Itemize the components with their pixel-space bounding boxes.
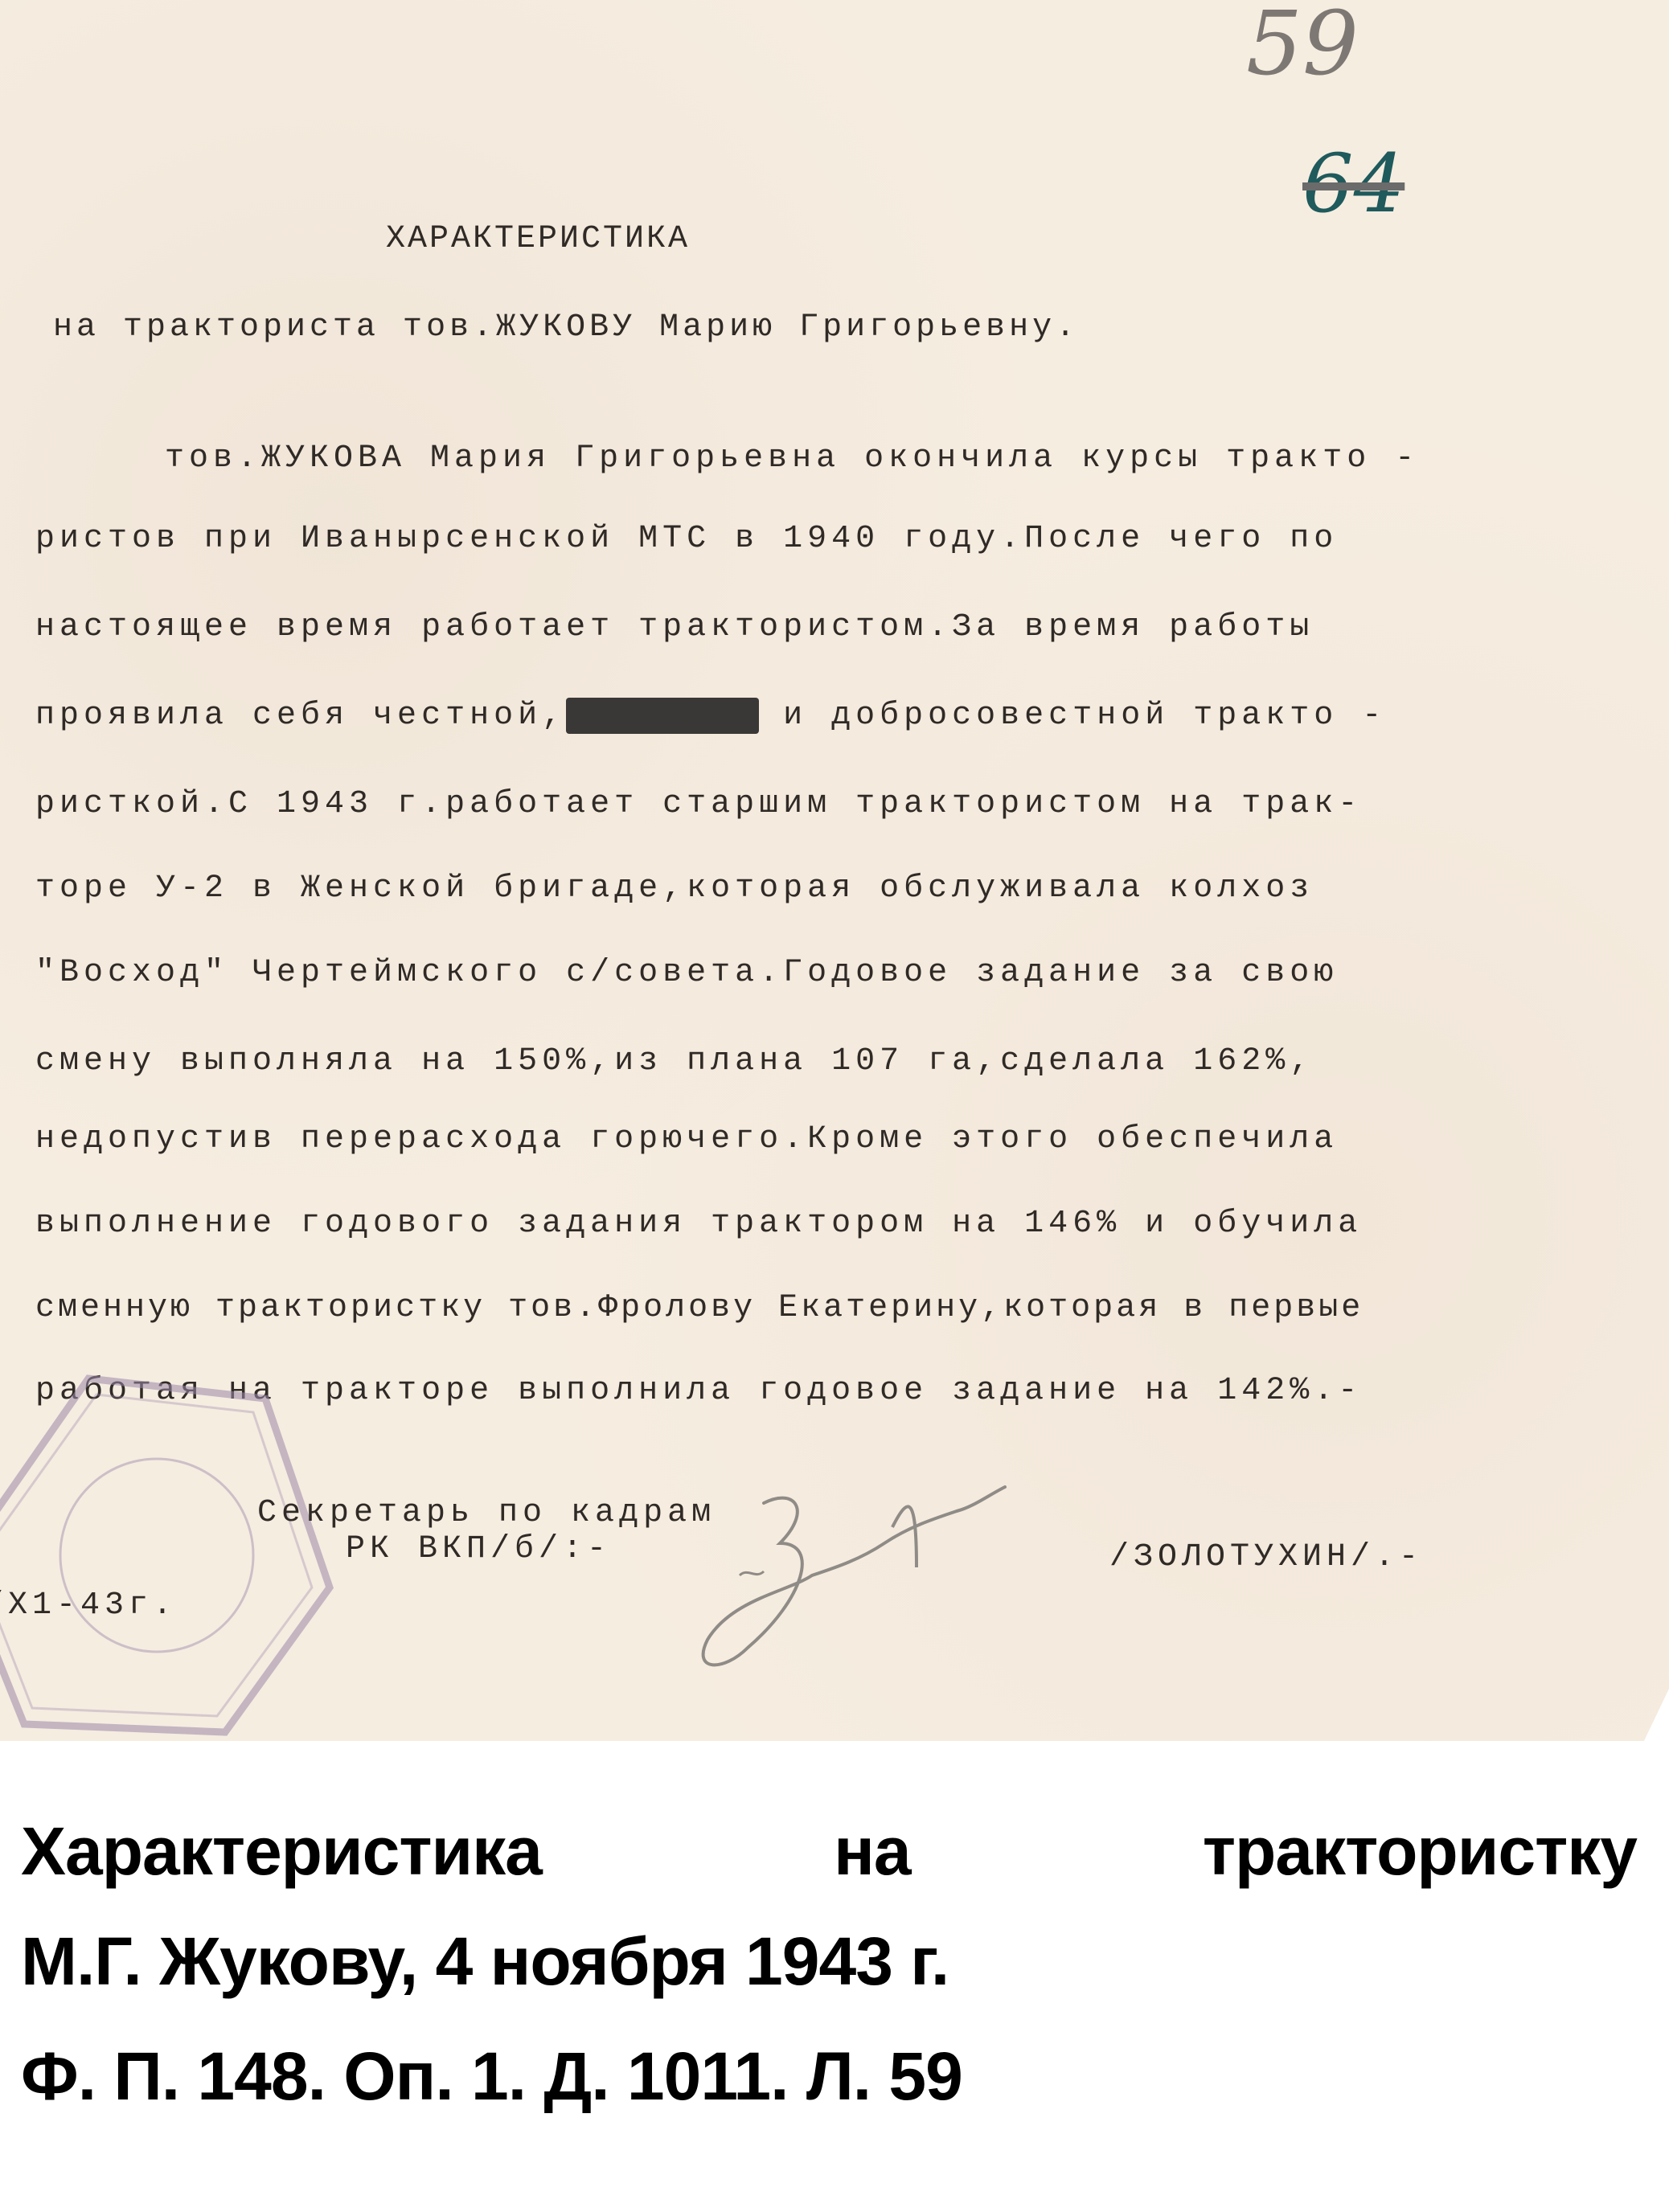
document-title: ХАРАКТЕРИСТИКА — [386, 221, 690, 257]
body-line-11: сменную трактористку тов.Фролову Екатери… — [35, 1290, 1363, 1326]
body-line-9: недопустив перерасхода горючего.Кроме эт… — [35, 1121, 1338, 1157]
caption-line-2: М.Г. Жукову, 4 ноября 1943 г. — [21, 1923, 949, 2001]
body-line-8: смену выполняла на 150%,из плана 107 га,… — [35, 1043, 1314, 1079]
signature-position-line-1: Секретарь по кадрам — [257, 1495, 716, 1531]
handwritten-signature-icon — [675, 1479, 1126, 1704]
signatory-name: /ЗОЛОТУХИН/.- — [1109, 1539, 1423, 1575]
body-line-2: ристов при Иванырсенской МТС в 1940 году… — [35, 521, 1338, 557]
body-line-6: торе У-2 в Женской бригаде,которая обслу… — [35, 870, 1314, 907]
body-line-4: проявила себя честной,активной и добросо… — [35, 698, 1386, 734]
body-line-3: настоящее время работает трактористом.За… — [35, 609, 1314, 645]
caption-archive-reference: Ф. П. 148. Оп. 1. Д. 1011. Л. 59 — [21, 2038, 962, 2116]
caption-word-2: на — [834, 1813, 910, 1890]
caption-word-3: трактористку — [1203, 1813, 1637, 1890]
scanned-document-page: 59 64 ХАРАКТЕРИСТИКА на тракториста тов.… — [0, 0, 1669, 1741]
redacted-word: активной — [566, 698, 759, 734]
body-line-1: тов.ЖУКОВА Мария Григорьевна окончила ку… — [165, 440, 1419, 477]
caption-word-1: Характеристика — [21, 1813, 542, 1890]
document-date: /Х1-43г. — [0, 1587, 177, 1624]
body-line-5: ристкой.С 1943 г.работает старшим тракто… — [35, 786, 1362, 822]
body-line-10: выполнение годового задания трактором на… — [35, 1206, 1362, 1242]
page-number-crossed-out: 64 — [1302, 137, 1405, 231]
signature-position-line-2: РК ВКП/б/:- — [346, 1531, 611, 1567]
page-number-pencil: 59 — [1246, 0, 1359, 95]
body-line-7: "Восход" Чертеймского с/совета.Годовое з… — [35, 955, 1338, 991]
document-subtitle: на тракториста тов.ЖУКОВУ Марию Григорье… — [53, 309, 1079, 346]
body-line-4-end: и добросовестной тракто - — [783, 698, 1386, 734]
body-line-4-start: проявила себя честной, — [35, 698, 566, 734]
caption-line-1: Характеристика на трактористку — [21, 1813, 1637, 1890]
official-stamp-icon — [0, 1362, 370, 1740]
